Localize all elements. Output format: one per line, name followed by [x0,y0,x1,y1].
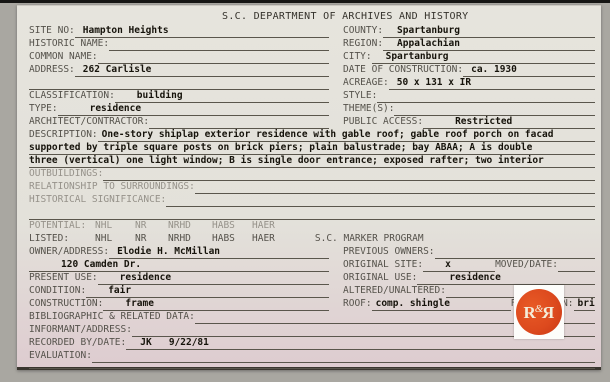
site-no-value: Hampton Heights [83,25,169,36]
row-relationship: RELATIONSHIP TO SURROUNDINGS: [29,181,595,194]
bibliographic-label: BIBLIOGRAPHIC & RELATED DATA: [29,311,195,324]
site-no-line: Hampton Heights [75,25,329,38]
city-label: CITY: [343,51,372,64]
original-use-value: residence [449,272,500,283]
row-condition-altered: CONDITION: fair ALTERED/UNALTERED: [29,285,595,298]
address-overflow-line [29,77,329,90]
bottom-blank-line [29,363,595,369]
region-line: Appalachian [383,38,595,51]
moved-date-line [558,259,595,272]
row-historical-significance: HISTORICAL SIGNIFICANCE: [29,194,595,207]
description-line-2: supported by triple square posts on bric… [29,142,595,155]
acreage-label: ACREAGE: [343,77,389,90]
county-label: COUNTY: [343,25,383,38]
architect-contractor-line [149,116,329,129]
listed-option-nr: NR [135,233,168,246]
row-common-city: COMMON NAME: CITY: Spartanburg [29,51,595,64]
description-line-3: three (vertical) one light window; B is … [29,155,595,168]
date-of-construction-label: DATE OF CONSTRUCTION: [343,64,463,77]
condition-label: CONDITION: [29,285,86,298]
classification-line: building [115,90,329,103]
construction-value: frame [125,298,154,309]
description-value-2: supported by triple square posts on bric… [29,142,532,153]
outbuildings-line [103,168,595,181]
type-value: residence [90,103,141,114]
informant-address-label: INFORMANT/ADDRESS: [29,324,132,337]
logo-letter-r-right: R [542,304,554,321]
row-outbuildings: OUTBUILDINGS: [29,168,595,181]
row-divider [29,207,595,220]
row-owner-previous: OWNER/ADDRESS: Elodie H. McMillan PREVIO… [29,246,595,259]
description-value-3: three (vertical) one light window; B is … [29,155,544,166]
roof-value: comp. shingle [376,298,450,309]
city-value: Spartanburg [386,51,449,62]
original-use-line: residence [417,272,595,285]
themes-line [394,103,595,116]
description-line-1: One-story shiplap exterior residence wit… [98,129,595,142]
photo-top-edge [0,0,610,3]
rr-logo-circle: R & R [516,289,562,335]
classification-value: building [137,90,183,101]
historic-name-label: HISTORIC NAME: [29,38,109,51]
acreage-value: 50 x 131 x IR [397,77,471,88]
listed-option-nhl: NHL [95,233,135,246]
classification-label: CLASSIFICATION: [29,90,115,103]
address-label: ADDRESS: [29,64,75,77]
listed-option-haer: HAER [252,233,275,246]
recorded-by-date-value: JK 9/22/81 [140,337,209,348]
city-line: Spartanburg [372,51,595,64]
acreage-line: 50 x 131 x IR [389,77,595,90]
roof-label: ROOF: [343,298,372,311]
construction-line: frame [103,298,329,311]
public-access-line: Restricted [423,116,595,129]
style-label: STYLE: [343,90,377,103]
address-line: 262 Carlisle [75,64,329,77]
row-owner2-originalsite: 120 Camden Dr. ORIGINAL SITE: x MOVED/DA… [29,259,595,272]
row-historic-region: HISTORIC NAME: REGION: Appalachian [29,38,595,51]
present-use-line: residence [98,272,329,285]
owner-address-label: OWNER/ADDRESS: [29,246,109,259]
potential-option-habs: HABS [212,220,252,233]
row-address-date: ADDRESS: 262 Carlisle DATE OF CONSTRUCTI… [29,64,595,77]
row-architect-access: ARCHITECT/CONTRACTOR: PUBLIC ACCESS: Res… [29,116,595,129]
common-name-line [98,51,329,64]
moved-date-label: MOVED/DATE: [495,259,558,272]
survey-card: S.C. DEPARTMENT OF ARCHIVES AND HISTORY … [17,5,601,370]
region-label: REGION: [343,38,383,51]
row-description-2: supported by triple square posts on bric… [29,142,595,155]
row-bibliographic: BIBLIOGRAPHIC & RELATED DATA: [29,311,595,324]
row-recorded-by: RECORDED BY/DATE: JK 9/22/81 [29,337,595,350]
present-use-label: PRESENT USE: [29,272,98,285]
original-use-label: ORIGINAL USE: [343,272,417,285]
historical-significance-line [166,194,595,207]
historical-significance-label: HISTORICAL SIGNIFICANCE: [29,194,166,207]
original-site-label: ORIGINAL SITE: [343,259,423,272]
form-title: S.C. DEPARTMENT OF ARCHIVES AND HISTORY [29,10,595,25]
description-label: DESCRIPTION: [29,129,98,142]
condition-line: fair [86,285,329,298]
site-no-label: SITE NO: [29,25,75,38]
description-value-1: One-story shiplap exterior residence wit… [102,129,554,140]
sc-marker-program-label: S.C. MARKER PROGRAM [315,233,424,246]
potential-option-nhl: NHL [95,220,135,233]
row-potential: POTENTIAL: NHL NR NRHD HABS HAER [29,220,595,233]
row-site-county: SITE NO: Hampton Heights COUNTY: Spartan… [29,25,595,38]
row-informant: INFORMANT/ADDRESS: [29,324,595,337]
style-line [377,90,595,103]
previous-owners-label: PREVIOUS OWNERS: [343,246,435,259]
date-of-construction-value: ca. 1930 [471,64,517,75]
address-value: 262 Carlisle [83,64,152,75]
listed-option-habs: HABS [212,233,252,246]
common-name-label: COMMON NAME: [29,51,98,64]
county-value: Spartanburg [397,25,460,36]
owner-value: Elodie H. McMillan [117,246,220,257]
original-site-line: x [423,259,495,272]
potential-option-nrhd: NRHD [168,220,212,233]
listed-label: LISTED: [29,233,95,246]
row-classification-style: CLASSIFICATION: building STYLE: [29,90,595,103]
type-line: residence [58,103,329,116]
original-site-value: x [445,259,451,270]
roof-line: comp. shingle [372,298,511,311]
row-acreage: ACREAGE: 50 x 131 x IR [29,77,595,90]
potential-option-nr: NR [135,220,168,233]
public-access-label: PUBLIC ACCESS: [343,116,423,129]
row-description-3: three (vertical) one light window; B is … [29,155,595,168]
row-evaluation: EVALUATION: [29,350,595,363]
owner-line: Elodie H. McMillan [109,246,329,259]
owner-address-line-2: 120 Camden Dr. [29,259,329,272]
construction-label: CONSTRUCTION: [29,298,103,311]
foundation-value: brick [578,298,595,309]
row-present-original-use: PRESENT USE: residence ORIGINAL USE: res… [29,272,595,285]
date-of-construction-line: ca. 1930 [463,64,595,77]
region-value: Appalachian [397,38,460,49]
condition-value: fair [108,285,131,296]
row-listed: LISTED: NHL NR NRHD HABS HAER S.C. MARKE… [29,233,595,246]
evaluation-line [92,350,595,363]
relationship-line [195,181,595,194]
type-label: TYPE: [29,103,58,116]
recorded-by-date-label: RECORDED BY/DATE: [29,337,126,350]
altered-unaltered-label: ALTERED/UNALTERED: [343,285,446,298]
public-access-value: Restricted [455,116,512,127]
section-divider-line [29,207,595,220]
historic-name-line [109,38,329,51]
evaluation-label: EVALUATION: [29,350,92,363]
foundation-line: brick [574,298,595,311]
architect-contractor-label: ARCHITECT/CONTRACTOR: [29,116,149,129]
themes-label: THEME(S): [343,103,394,116]
row-type-themes: TYPE: residence THEME(S): [29,103,595,116]
present-use-value: residence [120,272,171,283]
rr-logo: R & R [514,285,564,339]
previous-owners-line [435,246,595,259]
potential-option-haer: HAER [252,220,275,233]
outbuildings-label: OUTBUILDINGS: [29,168,103,181]
potential-label: POTENTIAL: [29,220,95,233]
county-line: Spartanburg [383,25,595,38]
row-description-1: DESCRIPTION: One-story shiplap exterior … [29,129,595,142]
relationship-to-surroundings-label: RELATIONSHIP TO SURROUNDINGS: [29,181,195,194]
owner-address-value-2: 120 Camden Dr. [61,259,141,270]
listed-option-nrhd: NRHD [168,233,212,246]
row-construction-roof: CONSTRUCTION: frame ROOF: comp. shingle … [29,298,595,311]
